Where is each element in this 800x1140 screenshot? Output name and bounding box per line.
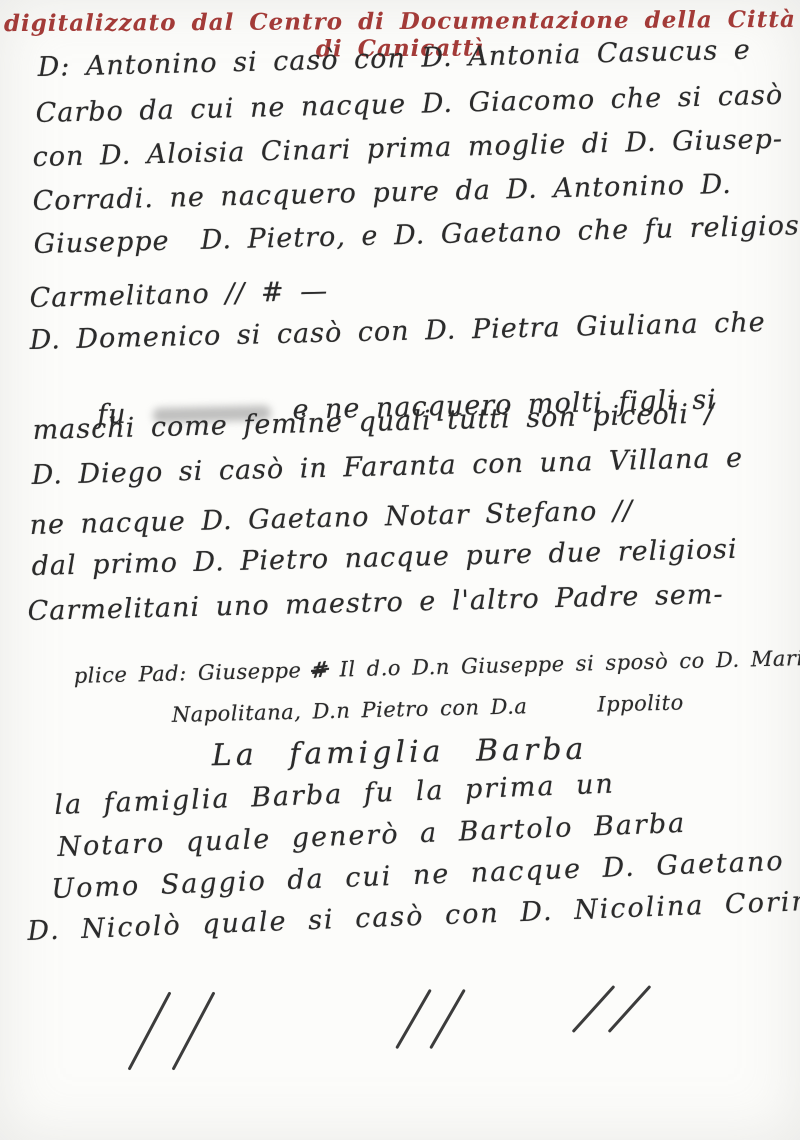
manuscript-line: Carmelitano // # — xyxy=(29,276,328,314)
subline-right: Ippolito xyxy=(597,690,684,716)
manuscript-line: D. Domenico si casò con D. Pietra Giulia… xyxy=(29,307,766,356)
spacing-gap xyxy=(528,712,598,714)
section-title: La famiglia Barba xyxy=(0,728,800,777)
subline-left: Napolitana, D.n Pietro con D.a xyxy=(172,694,528,727)
manuscript-line: Carmelitani uno maestro e l'altro Padre … xyxy=(27,579,724,627)
manuscript-line: Giuseppe D. Pietro, e D. Gaetano che fu … xyxy=(33,210,800,260)
slash-stroke xyxy=(572,985,616,1033)
slash-stroke xyxy=(128,991,172,1070)
manuscript-line: con D. Aloisia Cinari prima moglie di D.… xyxy=(32,124,783,173)
slash-stroke xyxy=(172,991,216,1070)
manuscript-page: digitalizzato dal Centro di Documentazio… xyxy=(0,0,800,1140)
manuscript-line: Carbo da cui ne nacque D. Giacomo che si… xyxy=(35,80,783,129)
manuscript-line: ne nacque D. Gaetano Notar Stefano // xyxy=(29,495,633,541)
slash-stroke xyxy=(395,989,432,1049)
slash-stroke xyxy=(429,989,466,1049)
slash-stroke xyxy=(608,985,652,1033)
manuscript-line: dal primo D. Pietro nacque pure due reli… xyxy=(31,534,738,582)
manuscript-line: Corradi. ne nacquero pure da D. Antonino… xyxy=(32,169,732,217)
